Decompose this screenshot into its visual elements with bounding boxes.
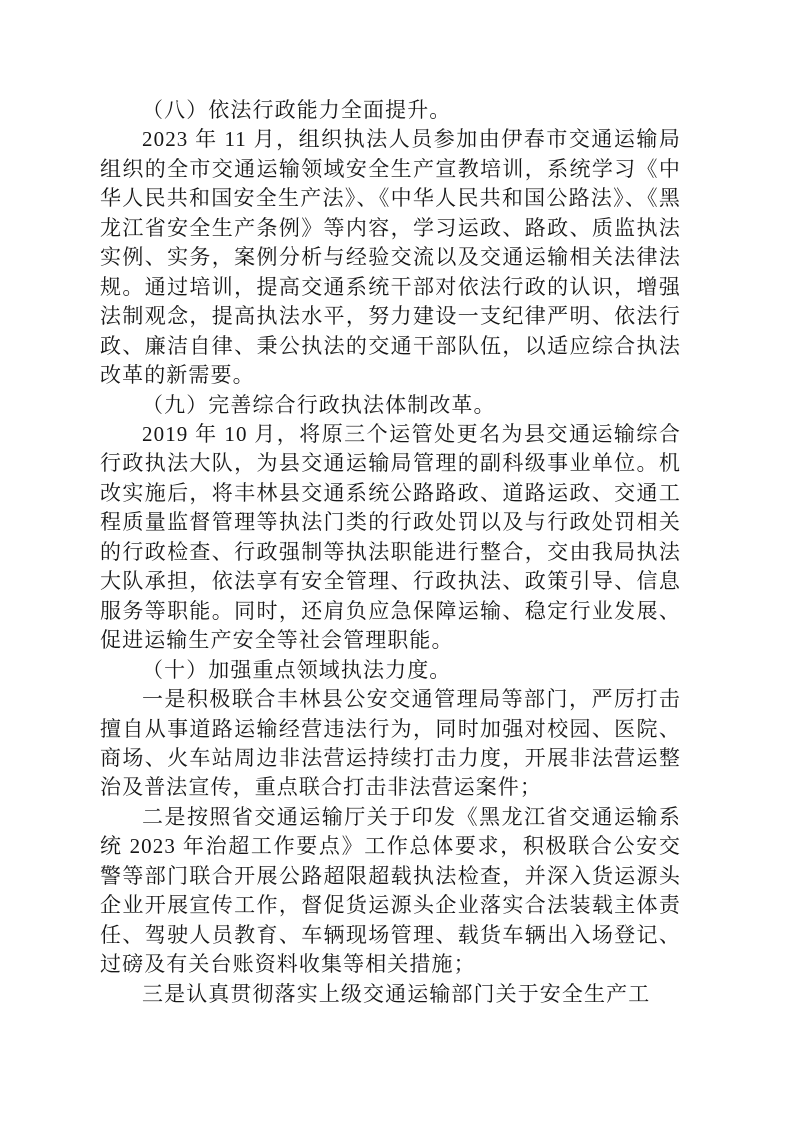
paragraph-enforcement-reform: 2019 年 10 月，将原三个运管处更名为县交通运输综合行政执法大队，为县交通… — [100, 420, 681, 656]
document-page: （八）依法行政能力全面提升。 2023 年 11 月，组织执法人员参加由伊春市交… — [0, 0, 793, 1122]
section-heading-9: （九）完善综合行政执法体制改革。 — [100, 391, 681, 420]
section-heading-10: （十）加强重点领域执法力度。 — [100, 656, 681, 685]
paragraph-item-three-safety-production: 三是认真贯彻落实上级交通运输部门关于安全生产工 — [100, 980, 681, 1009]
paragraph-item-two-overload-control: 二是按照省交通运输厅关于印发《黑龙江省交通运输系统 2023 年治超工作要点》工… — [100, 803, 681, 980]
document-body-text: （八）依法行政能力全面提升。 2023 年 11 月，组织执法人员参加由伊春市交… — [100, 96, 681, 1009]
paragraph-law-training: 2023 年 11 月，组织执法人员参加由伊春市交通运输局组织的全市交通运输领域… — [100, 125, 681, 390]
paragraph-item-one-illegal-operation: 一是积极联合丰林县公安交通管理局等部门，严厉打击擅自从事道路运输经营违法行为，同… — [100, 685, 681, 803]
section-heading-8: （八）依法行政能力全面提升。 — [100, 96, 681, 125]
